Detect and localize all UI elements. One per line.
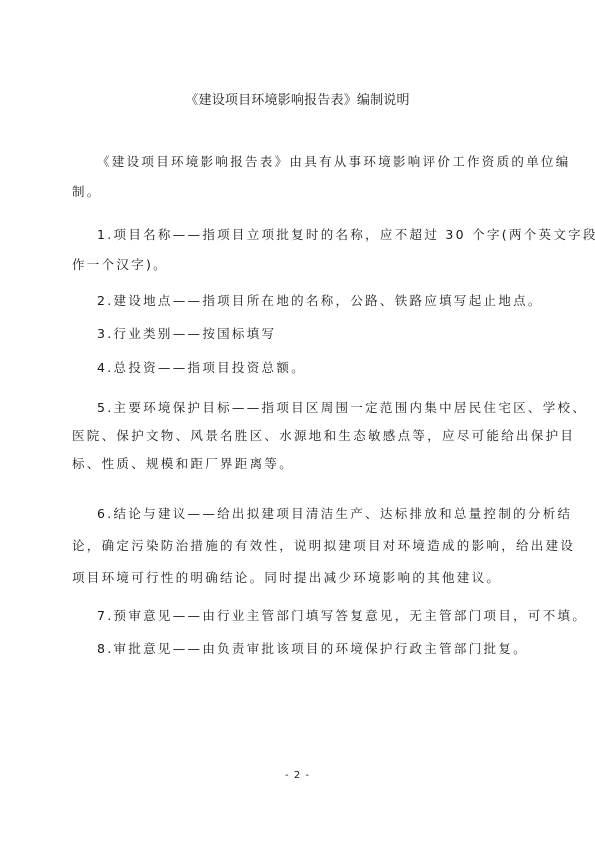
item-line: 7.预审意见——由行业主管部门填写答复意见，无主管部门项目，可不填。 <box>72 601 524 631</box>
item-line: 标、性质、规模和距厂界距离等。 <box>72 450 524 478</box>
document-title: 《建设项目环境影响报告表》编制说明 <box>0 89 595 108</box>
intro-line: 制。 <box>72 177 524 207</box>
item-line: 6.结论与建议——给出拟建项目清洁生产、达标排放和总量控制的分析结 <box>72 498 524 530</box>
item-line: 论，确定污染防治措施的有效性，说明拟建项目对环境造成的影响，给出建设 <box>72 530 524 562</box>
item-line: 医院、保护文物、风景名胜区、水源地和生态敏感点等，应尽可能给出保护目 <box>72 422 524 450</box>
item-industry-category: 3.行业类别——按国标填写 <box>72 319 524 349</box>
item-line: 项目环境可行性的明确结论。同时提出减少环境影响的其他建议。 <box>72 562 524 594</box>
intro-paragraph: 《建设项目环境影响报告表》由具有从事环境影响评价工作资质的单位编 制。 <box>72 147 524 207</box>
intro-line: 《建设项目环境影响报告表》由具有从事环境影响评价工作资质的单位编 <box>72 147 524 177</box>
page-number: - 2 - <box>0 770 595 781</box>
item-line: 5.主要环境保护目标——指项目区周围一定范围内集中居民住宅区、学校、 <box>72 394 524 422</box>
item-line: 4.总投资——指项目投资总额。 <box>72 353 524 383</box>
item-protection-targets: 5.主要环境保护目标——指项目区周围一定范围内集中居民住宅区、学校、 医院、保护… <box>72 394 524 478</box>
item-preliminary-review: 7.预审意见——由行业主管部门填写答复意见，无主管部门项目，可不填。 <box>72 601 524 631</box>
item-line: 3.行业类别——按国标填写 <box>72 319 524 349</box>
item-line: 1.项目名称——指项目立项批复时的名称，应不超过 30 个字(两个英文字段 <box>72 220 524 250</box>
item-approval-opinion: 8.审批意见——由负责审批该项目的环境保护行政主管部门批复。 <box>72 634 524 664</box>
item-line: 作一个汉字)。 <box>72 250 524 280</box>
item-conclusions: 6.结论与建议——给出拟建项目清洁生产、达标排放和总量控制的分析结 论，确定污染… <box>72 498 524 594</box>
item-project-name: 1.项目名称——指项目立项批复时的名称，应不超过 30 个字(两个英文字段 作一… <box>72 220 524 280</box>
item-line: 2.建设地点——指项目所在地的名称，公路、铁路应填写起止地点。 <box>72 286 524 316</box>
item-construction-site: 2.建设地点——指项目所在地的名称，公路、铁路应填写起止地点。 <box>72 286 524 316</box>
item-total-investment: 4.总投资——指项目投资总额。 <box>72 353 524 383</box>
item-line: 8.审批意见——由负责审批该项目的环境保护行政主管部门批复。 <box>72 634 524 664</box>
